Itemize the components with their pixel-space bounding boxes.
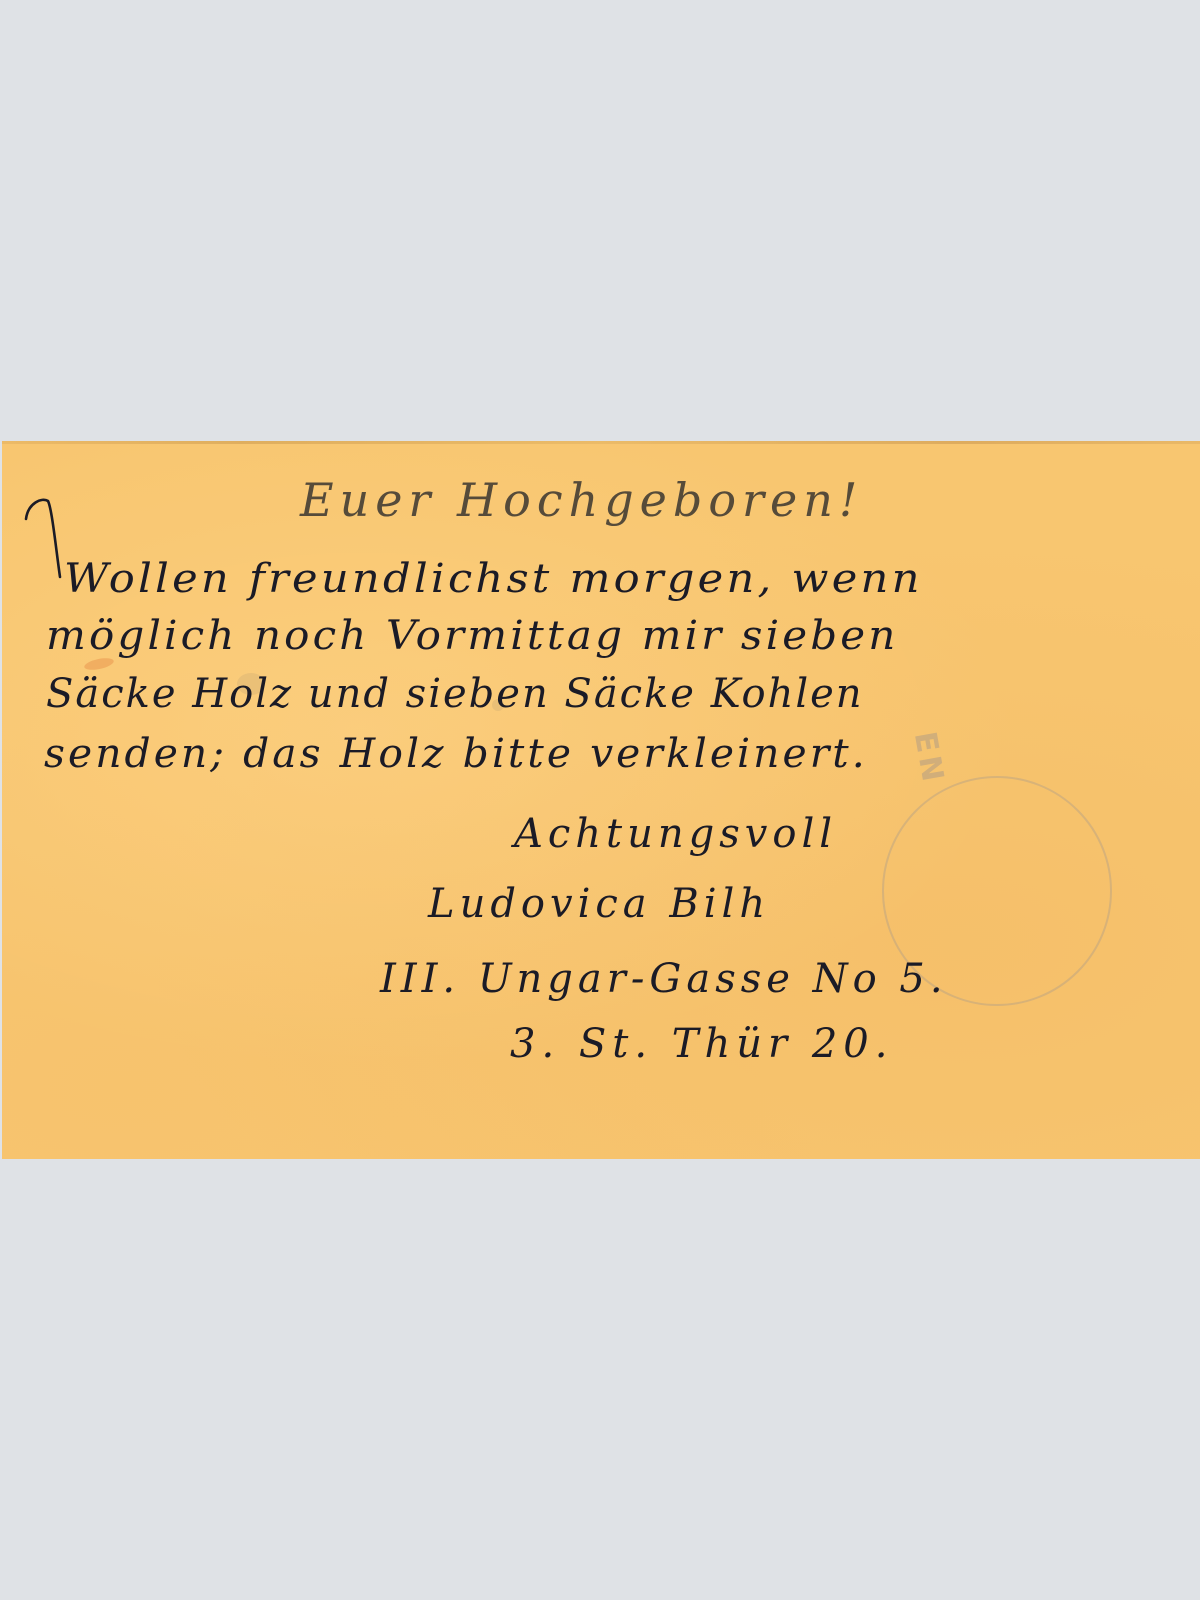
body-line-4: senden; das Holz bitte verkleinert. [44,731,868,777]
signature: Ludovica Bilh [428,881,770,927]
address-line-1: III. Ungar-Gasse No 5. [380,956,948,1002]
body-line-3: Säcke Holz und sieben Säcke Kohlen [46,671,864,717]
card-edge [2,441,1200,444]
address-line-2: 3. St. Thür 20. [510,1021,893,1067]
postcard: EN Euer Hochgeboren! Wollen freundlichst… [2,441,1200,1159]
closing: Achtungsvoll [514,811,837,857]
body-line-2: möglich noch Vormittag mir sieben [46,613,898,659]
salutation: Euer Hochgeboren! [300,473,863,527]
page: EN Euer Hochgeboren! Wollen freundlichst… [0,0,1200,1600]
body-line-1: Wollen freundlichst morgen, wenn [64,556,923,602]
bracket-mark-icon [22,489,68,579]
postmark-text: EN [907,729,951,788]
